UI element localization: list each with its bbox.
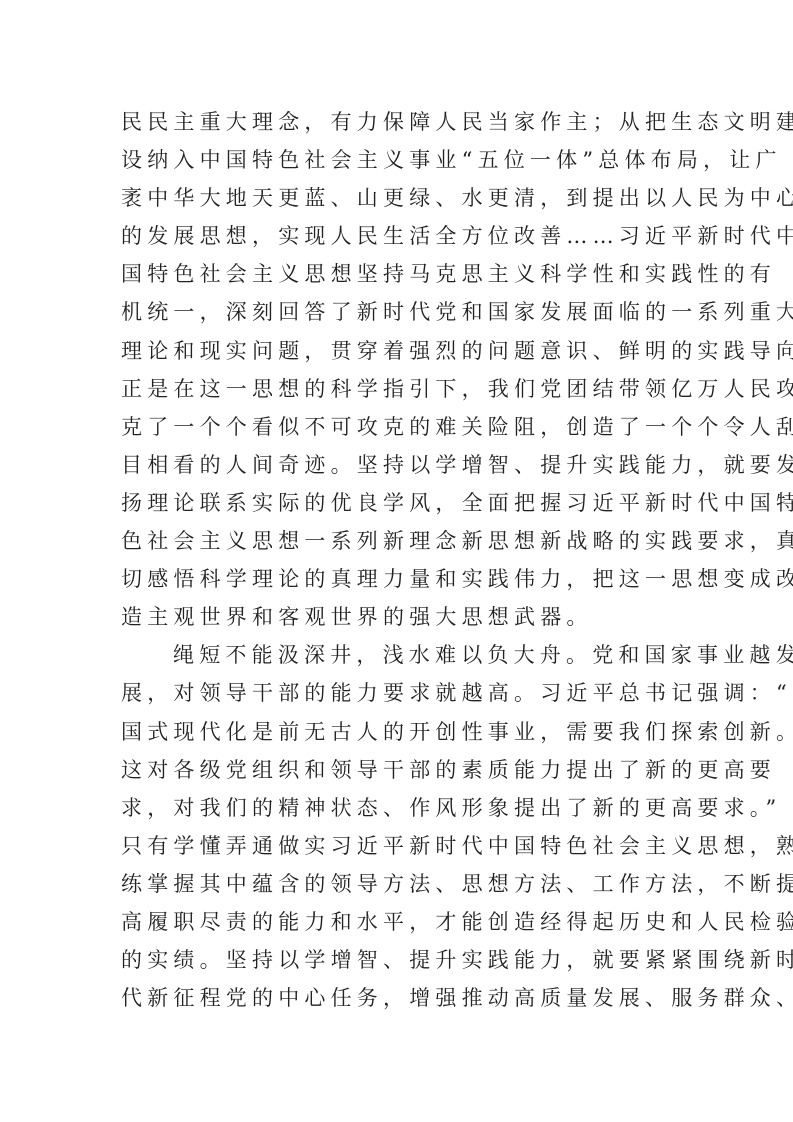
text-line: 目相看的人间奇迹。坚持以学增智、提升实践能力，就要发 [121, 446, 677, 484]
text-line: 的实绩。坚持以学增智、提升实践能力，就要紧紧围绕新时 [121, 941, 677, 979]
text-line: 机统一，深刻回答了新时代党和国家发展面临的一系列重大 [121, 293, 677, 331]
text-line: 展，对领导干部的能力要求就越高。习近平总书记强调：“中 [121, 674, 677, 712]
text-line: 扬理论联系实际的优良学风，全面把握习近平新时代中国特 [121, 484, 677, 522]
document-page: 民民主重大理念，有力保障人民当家作主；从把生态文明建 设纳入中国特色社会主义事业… [121, 103, 677, 1017]
text-line: 克了一个个看似不可攻克的难关险阻，创造了一个个令人刮 [121, 408, 677, 446]
text-line: 的发展思想，实现人民生活全方位改善……习近平新时代中 [121, 217, 677, 255]
text-line: 切感悟科学理论的真理力量和实践伟力，把这一思想变成改 [121, 560, 677, 598]
text-line: 色社会主义思想一系列新理念新思想新战略的实践要求，真 [121, 522, 677, 560]
text-line: 只有学懂弄通做实习近平新时代中国特色社会主义思想，熟 [121, 827, 677, 865]
text-line: 国特色社会主义思想坚持马克思主义科学性和实践性的有 [121, 255, 677, 293]
text-line: 设纳入中国特色社会主义事业“五位一体”总体布局，让广 [121, 141, 677, 179]
text-line: 民民主重大理念，有力保障人民当家作主；从把生态文明建 [121, 103, 677, 141]
text-line: 代新征程党的中心任务，增强推动高质量发展、服务群众、 [121, 979, 677, 1017]
text-line: 理论和现实问题，贯穿着强烈的问题意识、鲜明的实践导向。 [121, 332, 677, 370]
text-line: 正是在这一思想的科学指引下，我们党团结带领亿万人民攻 [121, 370, 677, 408]
text-line: 求，对我们的精神状态、作风形象提出了新的更高要求。” [121, 789, 677, 827]
text-line: 国式现代化是前无古人的开创性事业，需要我们探索创新。 [121, 713, 677, 751]
text-line: 袤中华大地天更蓝、山更绿、水更清，到提出以人民为中心 [121, 179, 677, 217]
text-line: 这对各级党组织和领导干部的素质能力提出了新的更高要 [121, 751, 677, 789]
paragraph-end-line: 造主观世界和客观世界的强大思想武器。 [121, 598, 677, 636]
paragraph-start-line: 绳短不能汲深井，浅水难以负大舟。党和国家事业越发 [121, 636, 677, 674]
text-line: 练掌握其中蕴含的领导方法、思想方法、工作方法，不断提 [121, 865, 677, 903]
text-line: 高履职尽责的能力和水平，才能创造经得起历史和人民检验 [121, 903, 677, 941]
